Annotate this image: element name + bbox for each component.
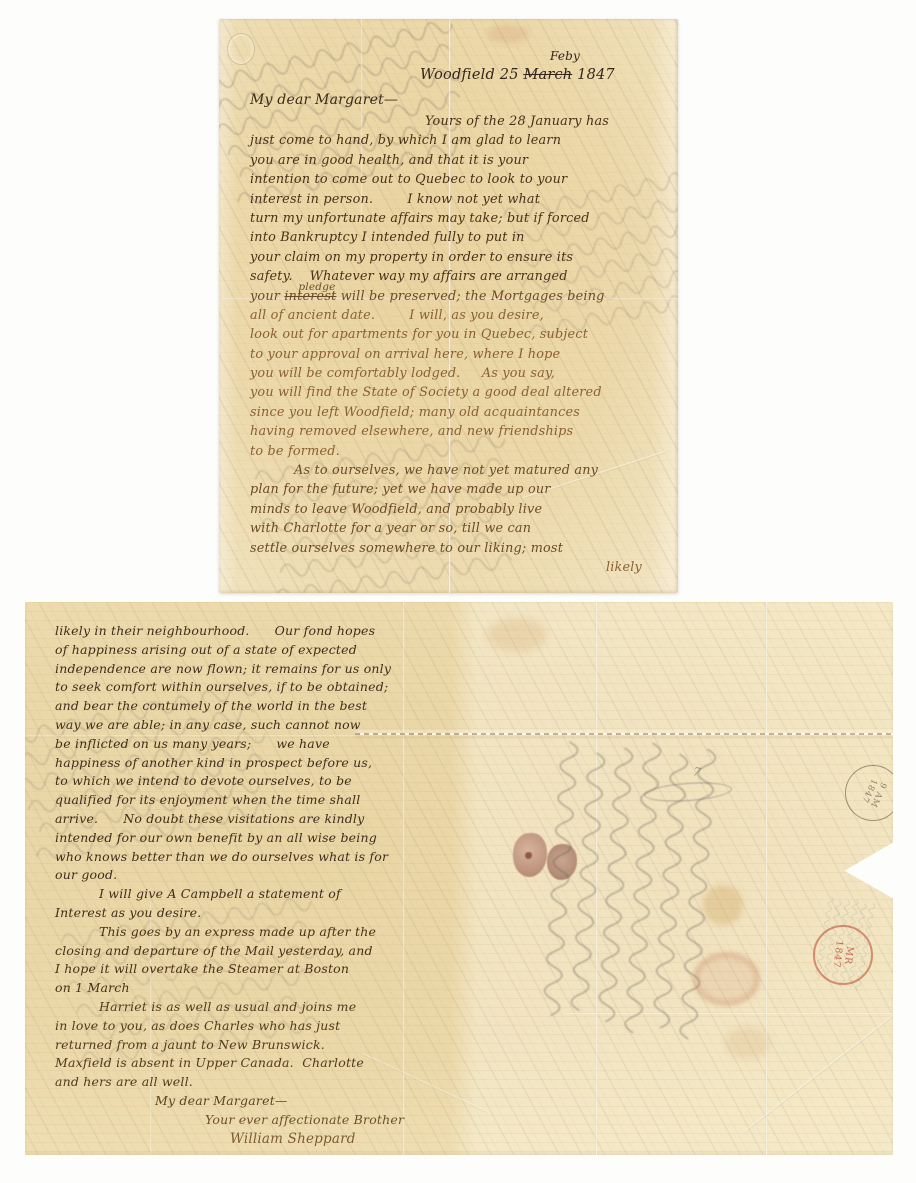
handwritten-line: of happiness arising out of a state of e… [55,641,495,660]
handwritten-line: having removed elsewhere, and new friend… [250,422,668,441]
paragraph-1: just come to hand, by which I am glad to… [250,131,668,286]
wax-seal-residue [547,844,577,880]
paragraph-2: all of ancient date. I will, as you desi… [250,306,668,461]
opening-line: Yours of the 28 January has [425,112,668,131]
handwritten-line: in love to you, as does Charles who has … [55,1017,495,1036]
stain [487,25,529,43]
handwritten-line: Harriet is as well as usual and joins me [55,998,495,1017]
handwritten-line: be inflicted on us many years; we have [55,735,495,754]
handwritten-line: As to ourselves, we have not yet matured… [250,461,668,480]
handwritten-line: minds to leave Woodfield, and probably l… [250,500,668,519]
handwritten-line: interest in person. I know not yet what [250,190,668,209]
closing-salutation: My dear Margaret— [155,1092,495,1111]
corrected-line-after: will be preserved; the Mortgages being [336,289,604,304]
valediction: Your ever affectionate Brother [205,1111,495,1130]
page2-text: likely in their neighbourhood. Our fond … [55,622,495,1148]
handwritten-line: likely in their neighbourhood. Our fond … [55,622,495,641]
handwritten-line: settle ourselves somewhere to our liking… [250,539,668,558]
letter-page-2: 7 MR1847 9 AM1847 likely in their neighb… [25,602,893,1155]
fold-crease [595,602,598,1155]
paragraph-3: As to ourselves, we have not yet matured… [250,461,668,558]
stain [703,885,743,925]
handwritten-line: you will be comfortably lodged. As you s… [250,364,668,383]
handwritten-line: with Charlotte for a year or so, till we… [250,519,668,538]
inserted-word: pledge [298,278,335,297]
paper-wrinkle [745,1014,893,1133]
handwritten-line: I hope it will overtake the Steamer at B… [55,960,495,979]
wax-seal-residue [525,852,532,859]
black-postmark-year: 1847 [859,777,879,804]
handwritten-line: to be formed. [250,442,668,461]
red-circular-postmark: MR1847 [813,925,873,985]
signature: William Sheppard [230,1130,495,1149]
handwritten-line: since you left Woodfield; many old acqua… [250,403,668,422]
handwritten-line: our good. [55,866,495,885]
handwritten-line: and hers are all well. [55,1073,495,1092]
handwritten-line: all of ancient date. I will, as you desi… [250,306,668,325]
date-correction: Feby [550,49,668,64]
scanned-letter-canvas: Feby Woodfield 25 March 1847 My dear Mar… [0,0,916,1183]
handwritten-line: independence are now flown; it remains f… [55,660,495,679]
handwritten-line: way we are able; in any case, such canno… [55,716,495,735]
handwritten-line: just come to hand, by which I am glad to… [250,131,668,150]
catchword: likely [250,558,668,577]
handwritten-line: intention to come out to Quebec to look … [250,170,668,189]
handwritten-line: you are in good health, and that it is y… [250,151,668,170]
handwritten-line: into Bankruptcy I intended fully to put … [250,228,668,247]
handwritten-line: closing and departure of the Mail yester… [55,942,495,961]
handwritten-line: your claim on my property in order to en… [250,248,668,267]
dateline: Woodfield 25 March 1847 [420,64,668,89]
paragraph-4: Harriet is as well as usual and joins me… [55,998,495,1092]
letter-page-1: Feby Woodfield 25 March 1847 My dear Mar… [219,19,678,593]
handwritten-line: to seek comfort within ourselves, if to … [55,678,495,697]
handwritten-line: Interest as you desire. [55,904,495,923]
corrected-line-before: your [250,289,284,304]
red-postmark-year: 1847 [830,940,844,969]
fold-crease [565,1012,893,1015]
stamp-show-through [693,952,760,1006]
handwritten-line: on 1 March [55,979,495,998]
corrected-line: your interestpledge will be preserved; t… [250,287,668,306]
handwritten-line: intended for our own benefit by an all w… [55,829,495,848]
handwritten-line: This goes by an express made up after th… [55,923,495,942]
handwritten-line: who knows better than we do ourselves wh… [55,848,495,867]
pencil-scribble-ellipse [643,780,732,804]
dateline-place: Woodfield 25 [420,67,523,83]
fold-crease [765,602,768,1155]
handwritten-line: turn my unfortunate affairs may take; bu… [250,209,668,228]
black-circular-postmark: 9 AM1847 [845,765,893,821]
handwritten-line: happiness of another kind in prospect be… [55,754,495,773]
handwritten-line: plan for the future; yet we have made up… [250,480,668,499]
correction-anchor: interestpledge [284,289,336,304]
stain [487,618,547,652]
dateline-year: 1847 [572,67,615,83]
handwritten-line: Maxfield is absent in Upper Canada. Char… [55,1054,495,1073]
handwritten-line: to which we intend to devote ourselves, … [55,772,495,791]
handwritten-line: look out for apartments for you in Quebe… [250,325,668,344]
paragraph-2: I will give A Campbell a statement ofInt… [55,885,495,923]
paragraph-3: This goes by an express made up after th… [55,923,495,998]
black-postmark-time: 9 AM [867,781,887,810]
dateline-struck-month: March [523,67,572,83]
red-postmark-text: MR1847 [830,940,855,971]
black-postmark-text: 9 AM1847 [858,777,888,810]
paragraph-1: likely in their neighbourhood. Our fond … [55,622,495,885]
handwritten-line: I will give A Campbell a statement of [55,885,495,904]
handwritten-line: to your approval on arrival here, where … [250,345,668,364]
stain [725,1027,770,1059]
blue-stamp-show-through [811,894,880,1000]
pencil-mark: 7 [692,764,703,779]
red-postmark-month: MR [842,946,855,966]
salutation: My dear Margaret— [250,89,668,112]
wax-seal-residue [513,833,547,877]
handwritten-line: you will find the State of Society a goo… [250,383,668,402]
handwritten-line: qualified for its enjoyment when the tim… [55,791,495,810]
page1-text: Feby Woodfield 25 March 1847 My dear Mar… [250,49,668,577]
handwritten-line: arrive. No doubt these visitations are k… [55,810,495,829]
handwritten-line: and bear the contumely of the world in t… [55,697,495,716]
handwritten-line: returned from a jaunt to New Brunswick. [55,1036,495,1055]
